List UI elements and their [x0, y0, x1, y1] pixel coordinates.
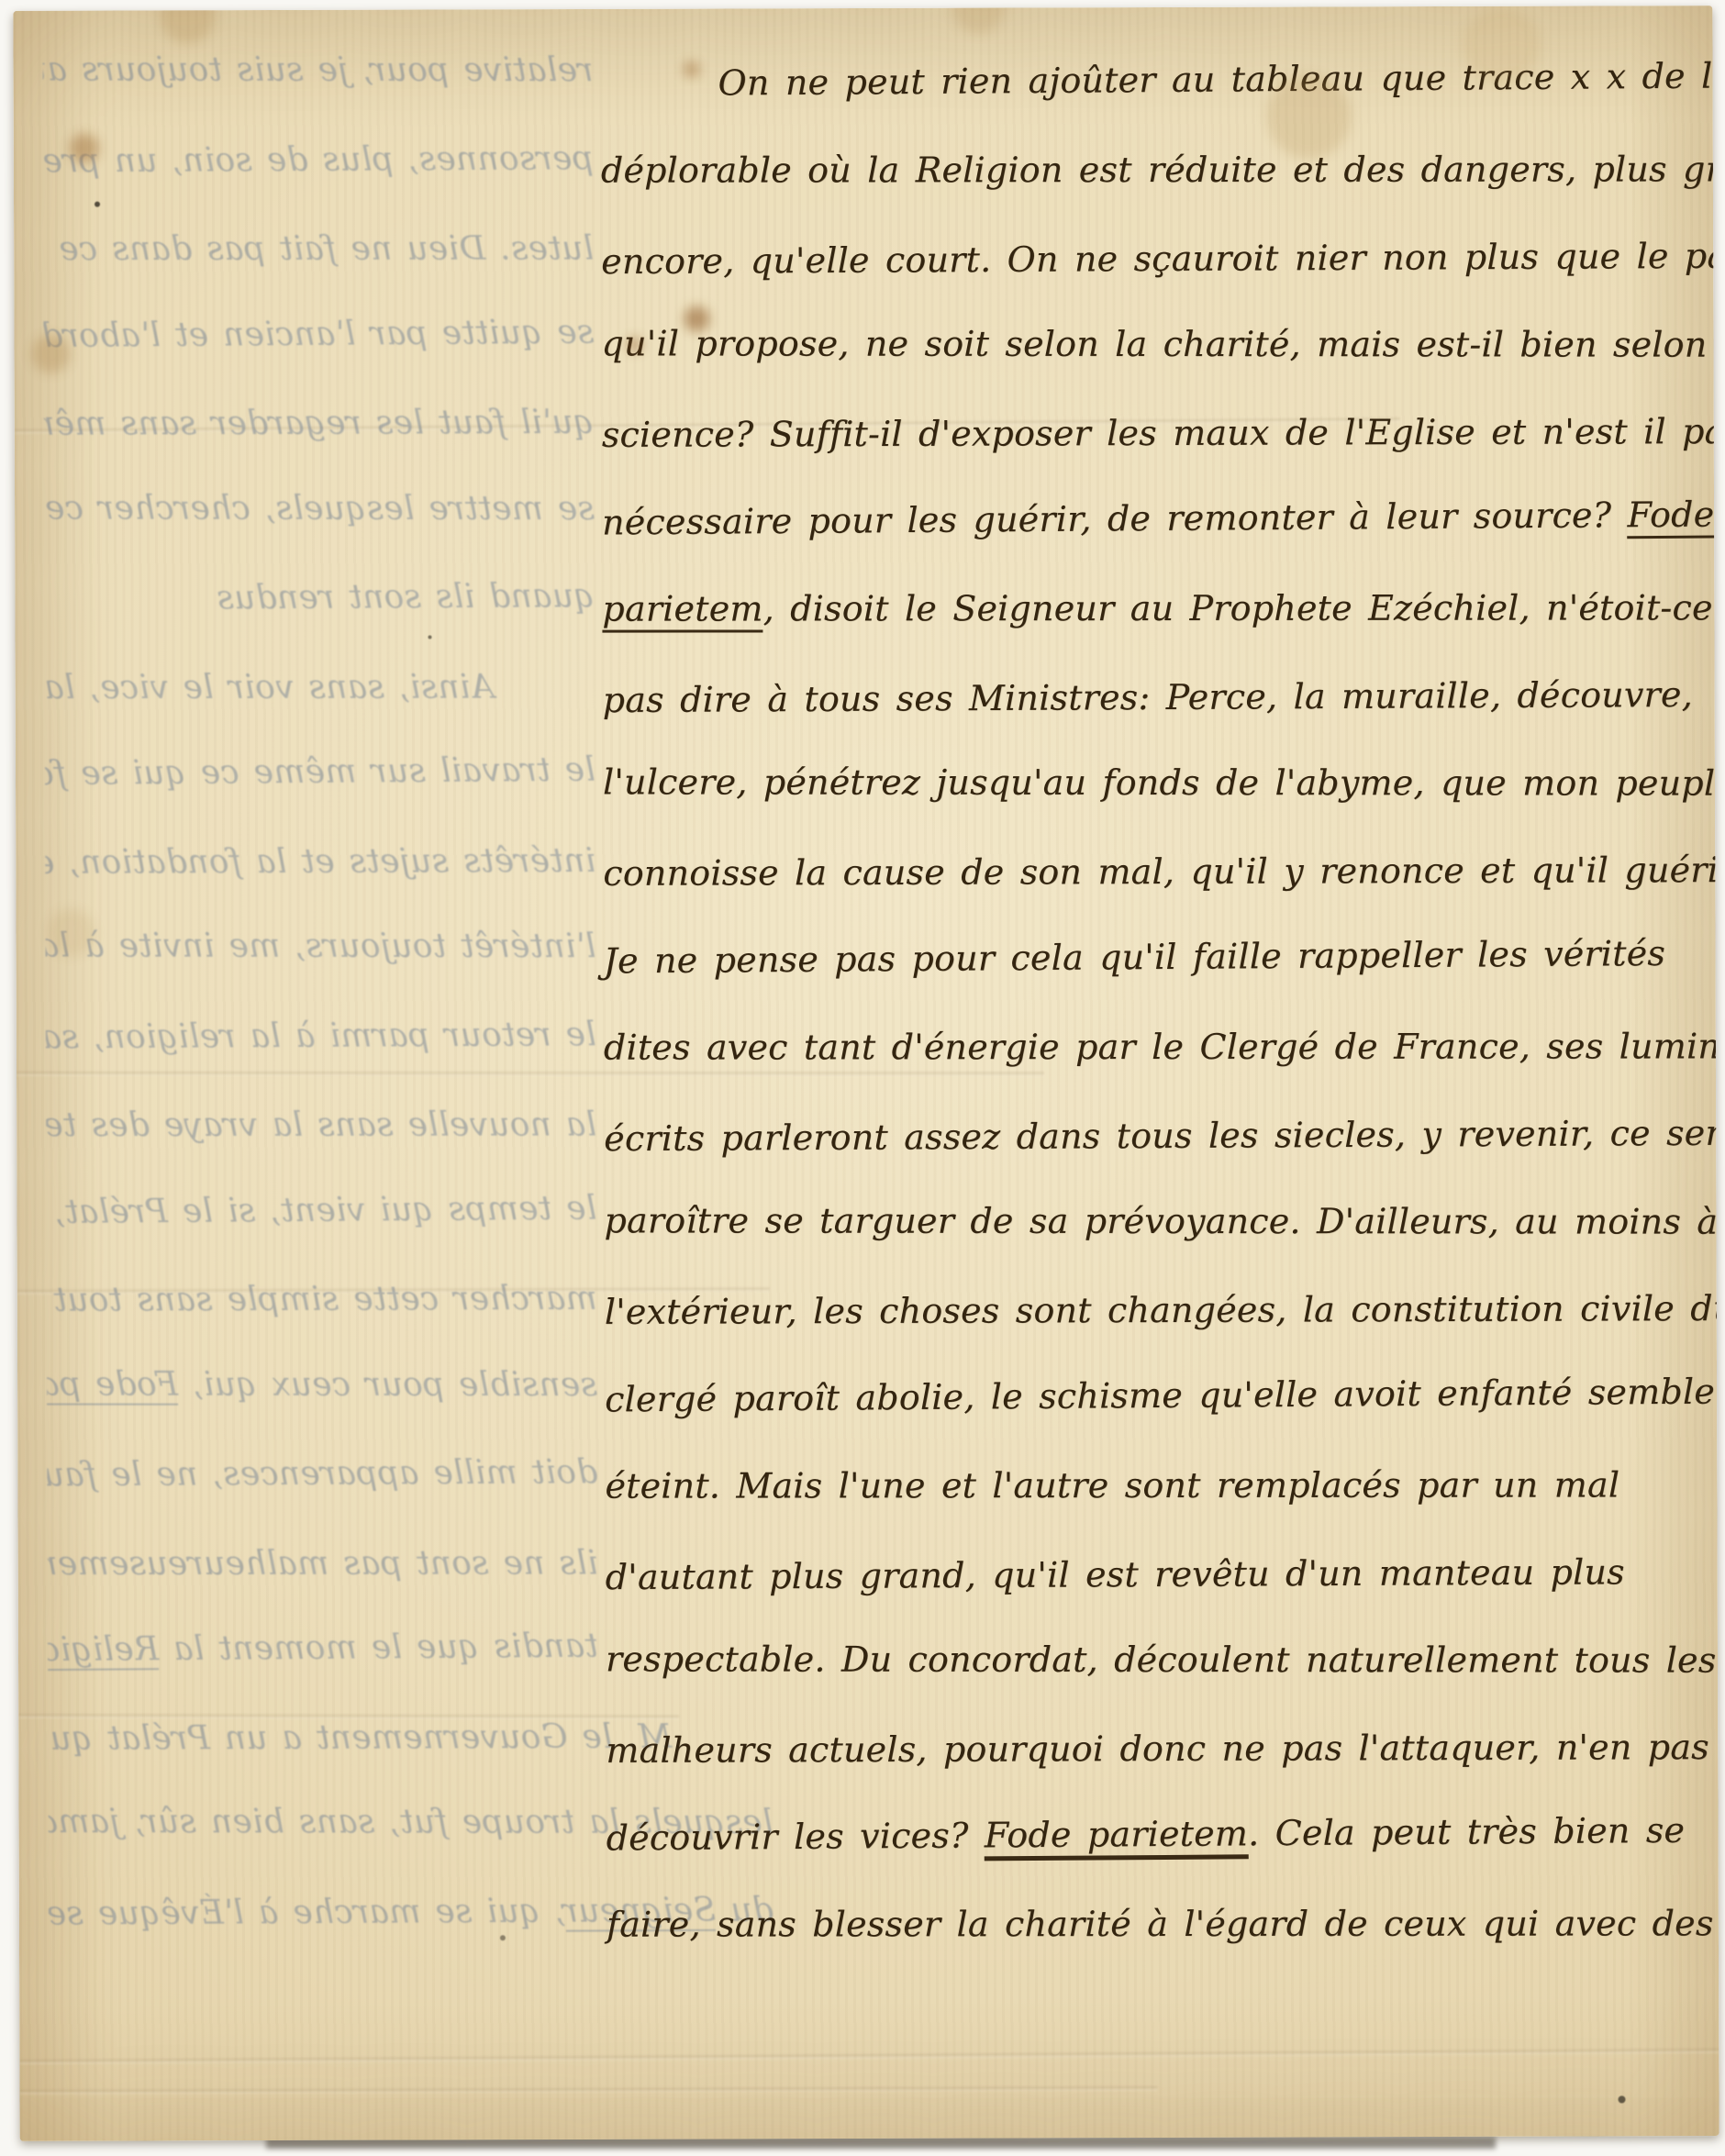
ink-speck: [428, 635, 431, 639]
text-segment: paroître se targuer de sa prévoyance. D'…: [605, 1200, 1719, 1241]
manuscript-scan: relative pour, je suis toujours au point…: [0, 0, 1725, 2156]
manuscript-line: parietem, disoit le Seigneur au Prophete…: [602, 581, 1717, 646]
bleedthrough-line: ils ne sont pas malheureusement le moind…: [48, 1538, 598, 1597]
bleedthrough-line: tandis que le moment la Religion devient…: [48, 1621, 598, 1684]
recto-text-column: On ne peut rien ajoûter au tableau que t…: [13, 6, 1712, 11]
bleedthrough-line: personnes, plus de soin, un premier tard…: [43, 133, 594, 194]
underlined-phrase: Fode parietem: [985, 1813, 1249, 1861]
fold-crease: [19, 2049, 1719, 2064]
bleedthrough-line: qu'il faut les regarder sans même le tem…: [44, 397, 595, 458]
text-segment: doit mille apparences, ne le faut d'aven…: [47, 1453, 597, 1496]
ink-speck: [1619, 2095, 1626, 2103]
text-segment: découvrir les vices?: [606, 1815, 985, 1858]
paper-stain: [1463, 6, 1540, 83]
text-segment: clergé paroît abolie, le schisme qu'elle…: [605, 1372, 1715, 1420]
text-segment: qu'il propose, ne soit selon la charité,…: [602, 323, 1719, 364]
ink-speck: [95, 202, 100, 207]
text-segment: Je ne pense pas pour cela qu'il faille r…: [603, 933, 1665, 981]
paper-stain: [160, 6, 215, 43]
text-segment: pas dire à tous ses Ministres: Perce, la…: [603, 674, 1693, 720]
paper-stain: [1267, 74, 1352, 159]
manuscript-line: qu'il propose, ne soit selon la charité,…: [601, 317, 1716, 382]
text-segment: intérêts sujets et la fondation, et, dem…: [45, 841, 595, 882]
underlined-phrase: Religion: [48, 1630, 160, 1671]
text-segment: le temps qui vient, si le Prélat, la dés…: [46, 1189, 596, 1233]
manuscript-line: pas dire à tous ses Ministres: Perce, la…: [603, 668, 1718, 738]
text-segment: . Cela peut très bien se: [1248, 1810, 1685, 1853]
paper-stain: [952, 6, 1004, 34]
text-segment: sensible pour ceux qui,: [178, 1365, 597, 1403]
manuscript-line: déplorable où la Religion est réduite et…: [601, 142, 1716, 207]
bleedthrough-line: lutes. Dieu ne fait pas dans ce cas, plu…: [43, 224, 594, 283]
manuscript-line: d'autant plus grand, qu'il est revêtu d'…: [606, 1545, 1719, 1615]
text-segment: quand ils sont rendus: [217, 577, 595, 617]
ink-speck: [500, 1935, 506, 1940]
text-segment: science? Suffit-il d'exposer les maux de…: [602, 411, 1719, 455]
manuscript-line: éteint. Mais l'une et l'autre sont rempl…: [605, 1458, 1719, 1523]
text-segment: M. le Gouvernement a un Prélat qui l'a r…: [48, 1717, 672, 1758]
paper-stain: [684, 306, 709, 332]
text-segment: , disoit le Seigneur au Prophete Ezéchie…: [763, 587, 1713, 628]
manuscript-line: faire, sans blesser la charité à l'égard…: [607, 1896, 1719, 1962]
text-segment: déplorable où la Religion est réduite et…: [601, 149, 1719, 190]
bleedthrough-line: l'intérêt toujours, me invite à la vie d…: [46, 921, 596, 981]
manuscript-line: science? Suffit-il d'exposer les maux de…: [602, 405, 1717, 472]
text-segment: dites avec tant d'énergie par le Clergé …: [604, 1026, 1719, 1067]
text-segment: se quitte par l'ancien et l'abord, si im…: [43, 313, 594, 357]
manuscript-line: respectable. Du concordat, découlent nat…: [606, 1632, 1719, 1697]
bleedthrough-line: se mettre lesquels, chercher ce les reto…: [44, 483, 595, 542]
text-segment: se mettre lesquels, chercher ce les reto…: [44, 488, 595, 527]
manuscript-line: On ne peut rien ajoûter au tableau que t…: [600, 50, 1715, 122]
manuscript-line: l'extérieur, les choses sont changées, l…: [605, 1282, 1719, 1350]
manuscript-line: dites avec tant d'énergie par le Clergé …: [604, 1019, 1719, 1084]
text-segment: d'autant plus grand, qu'il est revêtu d'…: [606, 1552, 1625, 1598]
paper-stain: [626, 337, 642, 353]
manuscript-line: paroître se targuer de sa prévoyance. D'…: [604, 1194, 1719, 1259]
underlined-phrase: parietem: [602, 588, 762, 632]
bleedthrough-line: intérêts sujets et la fondation, et, dem…: [45, 835, 595, 895]
text-segment: nécessaire pour les guérir, de remonter …: [602, 495, 1628, 542]
manuscript-line: découvrir les vices? Fode parietem. Cela…: [606, 1804, 1719, 1876]
bleedthrough-line: doit mille apparences, ne le faut d'aven…: [47, 1447, 597, 1508]
manuscript-page: relative pour, je suis toujours au point…: [13, 6, 1719, 2141]
manuscript-line: connoisse la cause de son mal, qu'il y r…: [603, 843, 1718, 911]
manuscript-line: encore, qu'elle court. On ne sçauroit ni…: [601, 229, 1716, 299]
text-segment: malheurs actuels, pourquoi donc ne pas l…: [606, 1728, 1709, 1772]
text-segment: respectable. Du concordat, découlent nat…: [606, 1639, 1716, 1680]
text-segment: encore, qu'elle court. On ne sçauroit ni…: [601, 236, 1719, 283]
manuscript-line: l'ulcere, pénétrez jusqu'au fonds de l'a…: [603, 755, 1718, 820]
text-segment: personnes, plus de soin, un premier tard…: [43, 139, 594, 183]
paper-stain: [684, 61, 700, 78]
manuscript-line: écrits parleront assez dans tous les sie…: [604, 1106, 1719, 1176]
bleedthrough-line: relative pour, je suis toujours au point…: [43, 45, 594, 105]
bleedthrough-line: le temps qui vient, si le Prélat, la dés…: [46, 1183, 596, 1245]
text-segment: relative pour, je suis toujours au point…: [43, 50, 594, 89]
underlined-phrase: Fode: [1627, 495, 1714, 539]
text-segment: tandis que le moment la: [159, 1628, 598, 1669]
paper-stain: [70, 134, 99, 163]
text-segment: On ne peut rien ajoûter au tableau que t…: [718, 55, 1719, 104]
text-segment: l'intérêt toujours, me invite à la vie d…: [46, 927, 596, 965]
bleedthrough-line: marcher cette simple sans tout semble, s…: [47, 1273, 597, 1334]
manuscript-line: nécessaire pour les guérir, de remonter …: [602, 488, 1717, 561]
text-segment: marcher cette simple sans tout semble, s…: [47, 1280, 597, 1321]
bleedthrough-line: se quitte par l'ancien et l'abord, si im…: [43, 306, 594, 369]
bleedthrough-line: le travail sur même ce qui se font et sa…: [45, 745, 595, 807]
text-segment: écrits parleront assez dans tous les sie…: [604, 1113, 1719, 1160]
bleedthrough-line: le retour parmi à la religion, sans la f…: [46, 1009, 596, 1071]
text-segment: éteint. Mais l'une et l'autre sont rempl…: [605, 1464, 1619, 1506]
manuscript-line: Je ne pense pas pour cela qu'il faille r…: [603, 927, 1718, 999]
bleedthrough-line: Ainsi, sans voir le vice, la fermeté, qu…: [45, 661, 595, 721]
text-segment: l'extérieur, les choses sont changées, l…: [605, 1288, 1719, 1332]
underlined-phrase: Fode parietem: [47, 1365, 178, 1405]
text-segment: connoisse la cause de son mal, qu'il y r…: [603, 850, 1719, 894]
text-segment: le retour parmi à la religion, sans la f…: [46, 1016, 596, 1059]
text-segment: lutes. Dieu ne fait pas dans ce cas, plu…: [43, 230, 594, 269]
text-segment: le travail sur même ce qui se font et sa…: [45, 751, 595, 796]
text-segment: la nouvelle sans la vraye des temps et d…: [46, 1106, 596, 1145]
bleedthrough-line: quand ils sont rendus: [44, 571, 595, 632]
bleedthrough-line: sensible pour ceux qui, Fode parietem. I…: [47, 1359, 597, 1418]
manuscript-line: malheurs actuels, pourquoi donc ne pas l…: [606, 1720, 1719, 1788]
text-segment: , qui se marche à l'Évêque se part avec …: [49, 1892, 566, 1933]
text-segment: l'ulcere, pénétrez jusqu'au fonds de l'a…: [603, 761, 1719, 803]
text-segment: ils ne sont pas malheureusement le moind…: [48, 1544, 598, 1583]
text-segment: qu'il faut les regarder sans même le tem…: [44, 404, 595, 445]
text-segment: faire, sans blesser la charité à l'égard…: [607, 1903, 1714, 1944]
paper-stain: [47, 909, 95, 957]
text-segment: Ainsi, sans voir le vice, la fermeté, qu…: [45, 668, 495, 706]
manuscript-line: clergé paroît abolie, le schisme qu'elle…: [605, 1365, 1719, 1438]
paper-stain: [31, 335, 70, 373]
bleedthrough-line: la nouvelle sans la vraye des temps et d…: [46, 1100, 596, 1160]
fold-crease: [19, 2086, 1157, 2095]
stains-layer: [13, 6, 1712, 11]
bleedthrough-text-column: relative pour, je suis toujours au point…: [13, 6, 1712, 11]
